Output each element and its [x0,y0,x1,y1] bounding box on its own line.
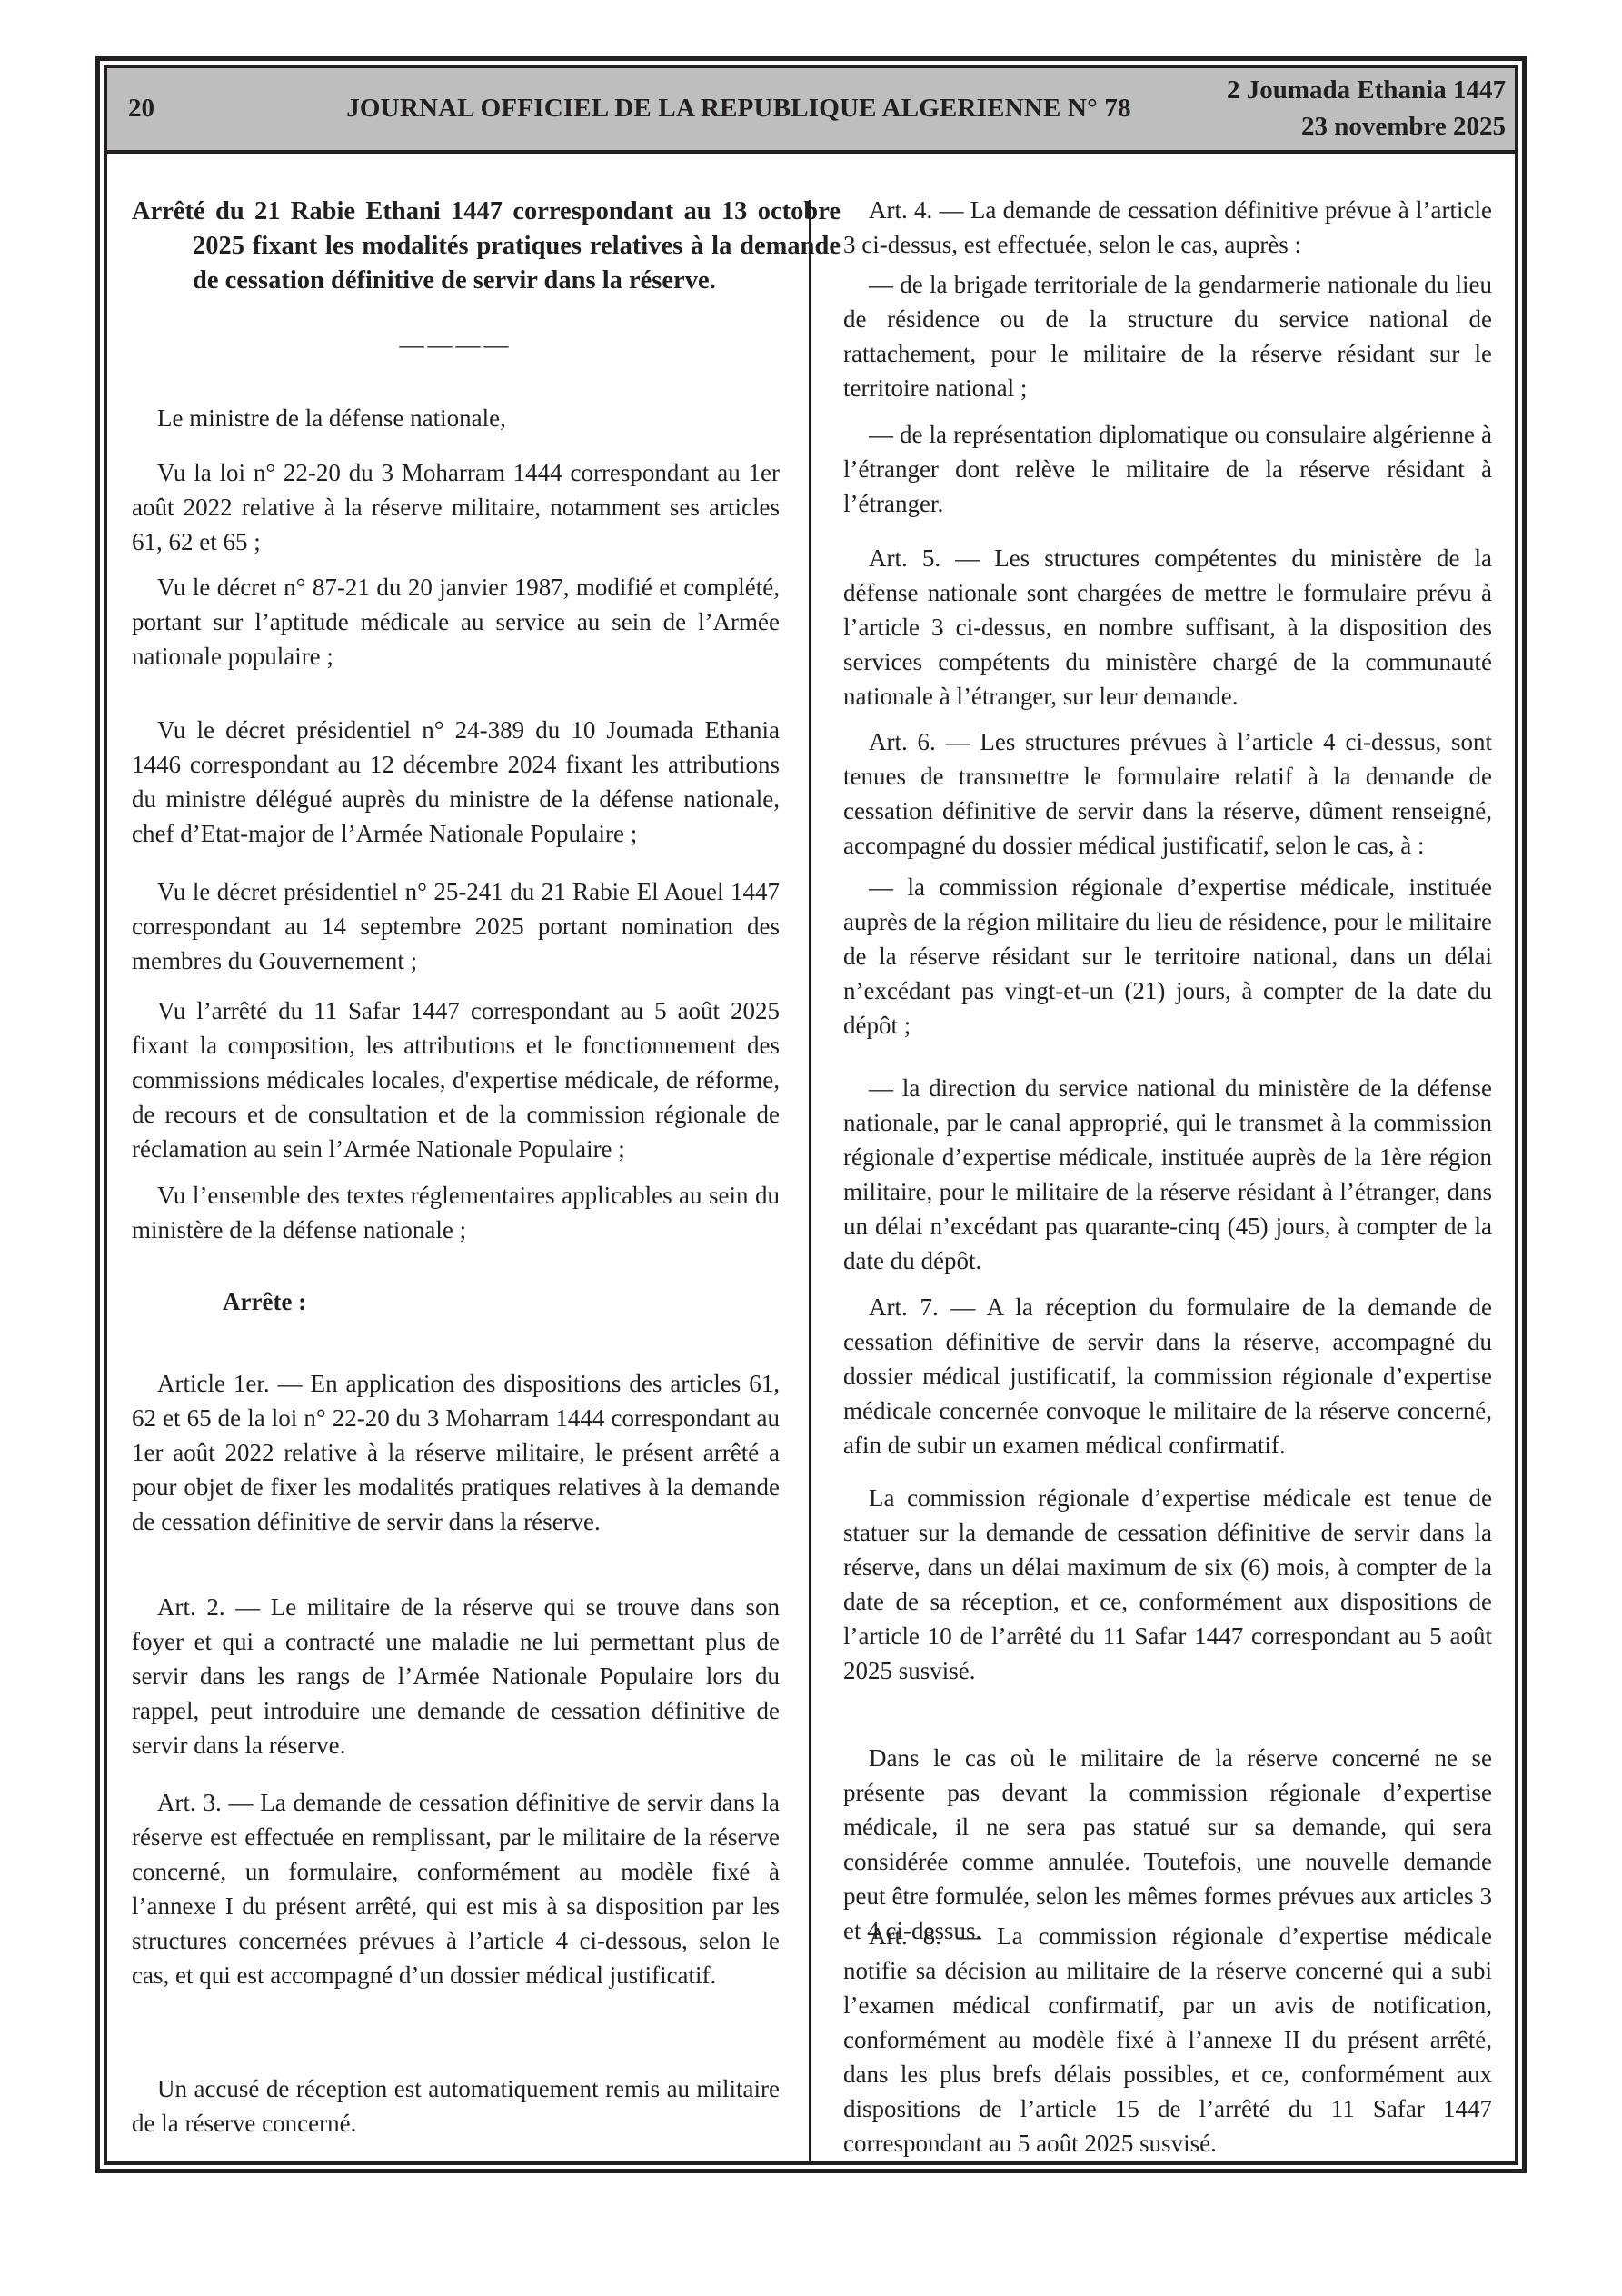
article-4: Art. 4. — La demande de cessation défini… [843,193,1492,262]
article-8: Art. 8. — La commission régionale d’expe… [843,1919,1492,2161]
preamble-vu-arrete: Vu l’arrêté du 11 Safar 1447 corresponda… [132,993,780,1166]
article-4-item-consulate: — de la représentation diplomatique ou c… [843,417,1492,521]
journal-header: 20 JOURNAL OFFICIEL DE LA REPUBLIQUE ALG… [107,68,1515,154]
preamble-vu-ensemble: Vu l’ensemble des textes réglementaires … [132,1178,780,1247]
journal-title: JOURNAL OFFICIEL DE LA REPUBLIQUE ALGERI… [107,94,1370,124]
arrete-heading: Arrête : [132,1284,871,1319]
article-1: Article 1er. — En application des dispos… [132,1366,780,1539]
article-3: Art. 3. — La demande de cessation défini… [132,1785,780,1992]
article-7-deadline: La commission régionale d’expertise médi… [843,1481,1492,1688]
preamble-vu-decret-87-21: Vu le décret n° 87-21 du 20 janvier 1987… [132,570,780,674]
article-6-item-national-service: — la direction du service national du mi… [843,1071,1492,1278]
article-7-absence: Dans le cas où le militaire de la réserv… [843,1741,1492,1948]
date-gregorian: 23 novembre 2025 [1227,108,1506,145]
column-divider [809,200,811,2161]
date-hijri: 2 Joumada Ethania 1447 [1227,72,1506,108]
article-7: Art. 7. — A la réception du formulaire d… [843,1290,1492,1462]
preamble-vu-loi: Vu la loi n° 22-20 du 3 Moharram 1444 co… [132,455,780,559]
issue-date: 2 Joumada Ethania 1447 23 novembre 2025 [1227,72,1506,145]
preamble-minister: Le ministre de la défense nationale, [132,401,780,435]
article-6: Art. 6. — Les structures prévues à l’art… [843,724,1492,863]
article-3-receipt: Un accusé de réception est automatiqueme… [132,2071,780,2141]
preamble-vu-decret-24-389: Vu le décret présidentiel n° 24-389 du 1… [132,713,780,851]
article-2: Art. 2. — Le militaire de la réserve qui… [132,1590,780,1762]
article-4-item-brigade: — de la brigade territoriale de la genda… [843,267,1492,405]
decree-title: Arrêté du 21 Rabie Ethani 1447 correspon… [132,195,841,298]
article-6-item-regional-commission: — la commission régionale d’expertise mé… [843,870,1492,1043]
title-separator: ———— [132,327,780,362]
preamble-vu-decret-25-241: Vu le décret présidentiel n° 25-241 du 2… [132,874,780,978]
article-5: Art. 5. — Les structures compétentes du … [843,541,1492,714]
